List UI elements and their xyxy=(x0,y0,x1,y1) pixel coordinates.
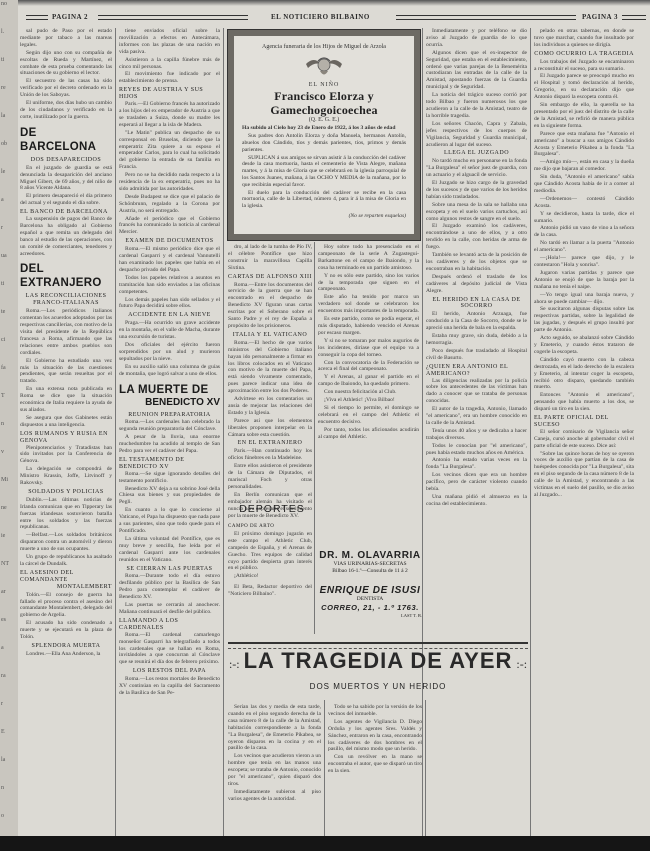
obituary-family: Sus padres don Antolín Elorza y doña Man… xyxy=(242,133,406,153)
article-text: Sobre una mesa de la sala se hallaba una… xyxy=(426,202,527,223)
article-text: Roma.—Los periódicos italianos comentan … xyxy=(20,308,112,356)
article-text: Con un revólver en la mano se encontraba… xyxy=(328,754,422,775)
article-text: El uniforme, dos días hubo un cambio de … xyxy=(20,100,112,121)
article-text: Las puertas se cerrarán al anochecer. Ma… xyxy=(119,602,220,616)
scan-top-shadow xyxy=(18,0,650,6)
article-text: El Juzgado examinó los cadáveres, encont… xyxy=(426,223,527,251)
subheading: LAS RECONCILIACIONES FRANCO-ITALIANAS xyxy=(20,293,112,307)
article-text: Sin duda, "Antonio el americano" sabía q… xyxy=(534,174,634,195)
headline-benedicto: BENEDICTO XV xyxy=(119,397,220,409)
article-text: Plenipotenciarios y Tratadistas han sido… xyxy=(20,445,112,466)
adjacent-page-fragment: es xyxy=(0,616,18,624)
article-text: Sin embargo de ello, la querella se ha p… xyxy=(534,102,634,130)
subheading: EL HERIDO EN LA CASA DE SOCORRO xyxy=(426,297,527,311)
subheading: SOLDADOS Y POLICIAS xyxy=(20,489,112,496)
subheading: EL ASESINO DEL COMANDANTE xyxy=(20,570,112,584)
column-5: Inmediatamente y por teléfono se dio avi… xyxy=(426,28,527,836)
subheading: ITALIA Y EL VATICANO xyxy=(228,332,312,339)
section-heading-deportes: DEPORTES xyxy=(230,503,314,515)
ad-address: CORREO, 21, - 1.º 1763. xyxy=(318,603,422,612)
column-rule xyxy=(223,28,224,836)
article-text: Los vecinos que acudieron vieron a un ho… xyxy=(228,753,321,788)
article-text: Desde Budapest se dice que el palacio de… xyxy=(119,194,220,215)
article-text: Todo se ha sabido por la versión de los … xyxy=(328,704,422,718)
obituary-request: SUPLICAN á sus amigos se sirvan asistir … xyxy=(242,155,406,189)
page-number-left: PAGINA 2 xyxy=(52,13,88,21)
article-text: Roma.—Durante todo el día estuvo desfila… xyxy=(119,573,220,601)
adjacent-page-fragment: ar xyxy=(0,588,18,596)
scan-bottom-edge xyxy=(0,836,650,851)
article-text: Entre ellos asistieron el presidente de … xyxy=(228,463,312,491)
article-text: Según dijo uno con su compañía de escolt… xyxy=(20,50,112,78)
article-text: El señor comisario de Vigilancia señor C… xyxy=(534,429,634,450)
article-text: Después ordenó el traslado de los cadáve… xyxy=(426,274,527,295)
article-text: Este año ha tenido por marco un verdader… xyxy=(318,294,419,315)
article-text: —Ordenemos— contestó Cándido Acosta. xyxy=(534,196,634,210)
article-text: Las diligencias realizadas por la policí… xyxy=(426,378,527,406)
article-text: —¡Hola!— parece que dijo, y le contestar… xyxy=(534,255,634,269)
article-text: —Amigo mío—, están en casa y la dueña me… xyxy=(534,159,634,173)
angel-icon xyxy=(304,54,344,80)
masthead: EL NOTICIERO BILBAINO xyxy=(271,13,370,21)
article-text: Una mañana pidió el almuerzo en la cocin… xyxy=(426,494,527,508)
subheading: EN EL EXTRANJERO xyxy=(228,440,312,447)
article-text: Y no es sólo este partido, sino los vari… xyxy=(318,273,419,294)
subheading: DOS DESAPARECIDOS xyxy=(20,157,112,164)
adjacent-page-fragment: n xyxy=(0,420,18,428)
article-text: Serían las dos y media de esta tarde, cu… xyxy=(228,704,321,752)
adjacent-page-fragment: n xyxy=(0,784,18,792)
article-text: "Sobre las quince horas de hoy se oyeron… xyxy=(534,451,634,499)
article-text: En el juzgado de guardia se está denunci… xyxy=(20,165,112,193)
adjacent-page-fragment: ne xyxy=(0,504,18,512)
article-text: —Yo tengo igual una baraja nueva, y ahor… xyxy=(534,292,634,306)
adjacent-page-fragment: o xyxy=(0,812,18,820)
article-text: Praga.—Ha ocurrido un grave accidente en… xyxy=(119,320,220,341)
article-text: Los agentes de Vigilancia D. Diego Orduñ… xyxy=(328,719,422,754)
article-text: Hoy sobre todo ha presenciado en el camp… xyxy=(318,244,419,272)
adjacent-page-fragment: E xyxy=(0,728,18,736)
section-heading-barcelona: DE BARCELONA xyxy=(20,126,112,154)
article-text: Es este partido, como se podía esperar, … xyxy=(318,316,419,337)
column-rule xyxy=(324,700,325,836)
article-text: El herido, Antonio Arzuaga, fue conducid… xyxy=(426,311,527,332)
article-text: Añade el periódico que el Gobierno franc… xyxy=(119,216,220,237)
subheading: LLEGA EL JUZGADO xyxy=(426,150,527,157)
adjacent-page-fragment: r xyxy=(0,700,18,708)
column-4: Hoy sobre todo ha presenciado en el camp… xyxy=(318,244,419,519)
article-text: El movimiento fue indicado por el establ… xyxy=(119,71,220,85)
adjacent-page-fragment: ra xyxy=(0,672,18,680)
article-text: Cándido cayó muerto con la cabeza destro… xyxy=(534,357,634,392)
article-text: En una extensa nota publicada en Roma se… xyxy=(20,386,112,414)
obituary-note: (No se reparten esquelas) xyxy=(242,213,406,220)
article-text: El próximo domingo jugarán en este campo… xyxy=(228,531,312,572)
page-header: PAGINA 2 EL NOTICIERO BILBAINO PAGINA 3 xyxy=(26,10,646,24)
article-text: Dos oficiales del ejército fueron sorpre… xyxy=(119,342,220,363)
obituary-date: Ha subido al Cielo hoy 23 de Enero de 19… xyxy=(242,125,406,132)
subheading: CAMPO DE ARTO xyxy=(228,524,312,531)
article-text: Se asegura que dos Gabinetes están dispu… xyxy=(20,415,112,429)
article-text: No tardó en llamar a la puerta "Antonio … xyxy=(534,240,634,254)
article-text: Y se decidieron, hasta la tarde, dice el… xyxy=(534,211,634,225)
sports-article: CAMPO DE ARTO El próximo domingo jugarán… xyxy=(228,522,312,634)
article-text: Se suscitaron algunas disputas sobre las… xyxy=(534,306,634,334)
article-text: Asistieron a la capilla fúnebre más de c… xyxy=(119,57,220,71)
article-text: En cuanto a lo que lo concierne al Vatic… xyxy=(119,507,220,535)
adjacent-page-fragment: re xyxy=(0,84,18,92)
article-text: Con la convocatoria de la Federación se … xyxy=(318,360,419,374)
article-text: Benedicto XV deja a su sobrino José dell… xyxy=(119,486,220,507)
article-text: Un grupo de republicanos ha asaltado la … xyxy=(20,554,112,568)
adjacent-page-fragment: la xyxy=(0,112,18,120)
article-text: Los señores Chacón, Capra y Zabala, jefe… xyxy=(426,121,527,149)
article-text: Roma.—Se sigue ignorando detalles del te… xyxy=(119,471,220,485)
subheading: SE CIERRAN LAS PUERTAS xyxy=(119,566,220,573)
subheading: REUNION PREPARATORIA xyxy=(119,412,220,419)
article-text: Poco después fue trasladado al Hospital … xyxy=(426,348,527,362)
adjacent-page-edge: nol.tirelaoblearuatitecifaTnvMineieNTare… xyxy=(0,0,18,836)
article-text: Acto seguido, se abalanzó sobre Cándido … xyxy=(534,335,634,356)
column-rule xyxy=(314,242,315,634)
article-text: Los demás papeles han sido sellados y el… xyxy=(119,297,220,311)
article-text: También se levantó acta de la posición d… xyxy=(426,252,527,273)
column-6: pelado en otras tabernas, en donde se tu… xyxy=(534,28,634,836)
article-text: Roma.—Los restos mortales de Benedicto X… xyxy=(119,676,220,697)
adjacent-page-fragment: la xyxy=(0,756,18,764)
article-text: Todos los papeles relativos a asuntos en… xyxy=(119,275,220,296)
column-rule xyxy=(530,28,531,836)
subheading: COMO OCURRIO LA TRAGEDIA xyxy=(534,51,634,58)
subheading: LOS RESTOS DEL PAPA xyxy=(119,668,220,675)
ad-name: DR. M. OLAVARRIA xyxy=(318,550,422,561)
adjacent-page-fragment: ua xyxy=(0,252,18,260)
article-text: Jugaron varias partidas y parece que Ant… xyxy=(534,270,634,291)
article-text: El Juzgado se hizo cargo de la gravedad … xyxy=(426,180,527,201)
article-text: En su auxilio salió una columna de guías… xyxy=(119,364,220,378)
column-rule xyxy=(115,28,116,836)
funeral-agency: Agencia funeraria de los Hijos de Miguel… xyxy=(242,44,406,51)
article-text: Roma.—El mismo periódico dice que el car… xyxy=(119,246,220,274)
newspaper-page: PAGINA 2 EL NOTICIERO BILBAINO PAGINA 3 … xyxy=(18,0,650,836)
article-text: Y el Arenas, al ganar el partido en el c… xyxy=(318,374,419,388)
adjacent-page-fragment: r xyxy=(0,224,18,232)
article-text: Londres.—Ella Ana Anderson, la xyxy=(20,651,112,658)
obituary-duel: El duelo para la conducción del cadáver … xyxy=(242,190,406,210)
header-rule xyxy=(98,15,248,20)
adjacent-page-fragment: ti xyxy=(0,280,18,288)
article-text: El Gobierno ha estudiado una vez más la … xyxy=(20,358,112,386)
article-text: París.—El Gobierno francés ha autorizado… xyxy=(119,101,220,129)
article-text: El autor de la tragedia, Antonio, llamad… xyxy=(426,406,527,427)
article-text: Por tanto, todos los aficionados acudirá… xyxy=(318,427,419,441)
ad-olavarria: DR. M. OLAVARRIA VIAS URINARIAS-SECRETAS… xyxy=(318,550,422,575)
adjacent-page-fragment: l. xyxy=(0,28,18,36)
subheading: LLAMANDO A LOS CARDENALES xyxy=(119,618,220,632)
article-text: Tolón.—El consejo de guerra ha fallado e… xyxy=(20,592,112,620)
page-number-right: PAGINA 3 xyxy=(582,13,618,21)
article-text: tiene enviados oficial sobre la moviliza… xyxy=(119,28,220,56)
article-text: Entonces "Antonio el americano", pensand… xyxy=(534,392,634,413)
article-text: Los vecinos dicen que era un hombre pací… xyxy=(426,472,527,493)
article-text: El secuestro de las casas ha sido verifi… xyxy=(20,78,112,99)
article-text: Parece así que los elementos liberales p… xyxy=(228,418,312,439)
article-text: Advírtese en los comentarios un ansia de… xyxy=(228,396,312,417)
adjacent-page-fragment: v xyxy=(0,448,18,456)
article-text: La delegación se compondrá de Ministro K… xyxy=(20,466,112,487)
article-text: sal pudo de Paso por el estado mediante … xyxy=(20,28,112,49)
column-rule xyxy=(422,28,423,836)
article-text: Los trabajos del Juzgado se encaminaron … xyxy=(534,59,634,73)
article-text: Algunos dicen que el ex-inspector de Seg… xyxy=(426,50,527,91)
subheading: EL TESTAMENTO DE BENEDICTO XV xyxy=(119,457,220,471)
article-text: Roma.—Los cardenales han celebrado la se… xyxy=(119,419,220,433)
article-text: —Belfast.—Los soldados británicos dispar… xyxy=(20,532,112,553)
header-rule xyxy=(622,15,646,20)
subheading: ¿QUIEN ERA ANTONIO EL AMERICANO? xyxy=(426,364,527,378)
column-1: sal pudo de Paso por el estado mediante … xyxy=(20,28,112,836)
article-text: No tardó mucho en personarse en la fonda… xyxy=(426,158,527,179)
adjacent-page-fragment: a xyxy=(0,644,18,652)
subheading: CARTAS DE ALFONSO XIII xyxy=(228,274,312,281)
article-text: ¡Viva el Athletic! ¡Viva Bilbao! xyxy=(318,397,419,404)
adjacent-page-fragment: Mi xyxy=(0,476,18,484)
adjacent-page-fragment: le xyxy=(0,168,18,176)
adjacent-page-fragment: ci xyxy=(0,336,18,344)
subheading: SPLENDORA MUERTA xyxy=(20,643,112,650)
adjacent-page-fragment: no xyxy=(0,0,18,8)
subheading: EL PARTE OFICIAL DEL SUCESO xyxy=(534,415,634,429)
adjacent-page-fragment: te xyxy=(0,308,18,316)
byline: El Beta, Redactor deportivo del "Noticie… xyxy=(228,584,312,598)
adjacent-page-fragment: NT xyxy=(0,560,18,568)
article-text: La noticia del trágico suceso corrió por… xyxy=(426,92,527,120)
article-text: Tenía unos 40 años y se dedicaba a hacer… xyxy=(426,428,527,442)
adjacent-page-fragment: ie xyxy=(0,532,18,540)
subheading: EXAMEN DE DOCUMENTOS xyxy=(119,238,220,245)
article-text: Inmediatamente subieron al piso varios a… xyxy=(228,789,321,803)
section-heading-extranjero: DEL EXTRANJERO xyxy=(20,262,112,290)
adjacent-page-fragment: ob xyxy=(0,140,18,148)
article-text: El Juzgado parece se preocupó mucho en e… xyxy=(534,73,634,101)
adjacent-page-fragment: fa xyxy=(0,364,18,372)
article-text: Si el tiempo lo permite, el domingo se c… xyxy=(318,405,419,426)
adjacent-page-fragment: T xyxy=(0,392,18,400)
ad-address: Bilbao 16-1.º—Consulta de 11 á 2 xyxy=(318,568,422,575)
article-text: Roma.—El cardenal camarlengo monseñor Ga… xyxy=(119,632,220,667)
ad-name: ENRIQUE DE ISUSI xyxy=(318,585,422,596)
column-2: tiene enviados oficial sobre la moviliza… xyxy=(119,28,220,836)
article-text: El acusado ha sido condenado a muerte y … xyxy=(20,620,112,641)
header-rule xyxy=(396,15,576,20)
article-text: Dublín.—Las últimas noticias de Irlanda … xyxy=(20,497,112,532)
ad-specialty: VIAS URINARIAS-SECRETAS xyxy=(318,561,422,568)
header-rule xyxy=(26,15,48,20)
article-text: La suspensión de pagos del Banco de Barc… xyxy=(20,216,112,257)
article-text: Inmediatamente y por teléfono se dio avi… xyxy=(426,28,527,49)
adjacent-page-fragment: a xyxy=(0,196,18,204)
subheading: MONTALEMBERT xyxy=(20,584,112,591)
article-text: Antonio pidió un vaso de vino a la señor… xyxy=(534,225,634,239)
subheading: ACCIDENTE EN LA NIEVE xyxy=(119,312,220,319)
subheading: LOS RUMANOS Y RUSIA EN GENOVA xyxy=(20,431,112,445)
ad-isusi: ENRIQUE DE ISUSI DENTISTA CORREO, 21, - … xyxy=(318,585,422,619)
article-text: Pero no se ha decidido nada respecto a l… xyxy=(119,172,220,193)
article-text: ¡Athlético! xyxy=(228,573,312,580)
article-text: Todos le conocían por "el americano", pu… xyxy=(426,443,527,457)
obituary-label: EL NIÑO xyxy=(242,82,406,89)
headline-muerte: LA MUERTE DE xyxy=(119,383,220,397)
article-text: Y si no se tomaran por malos augurios de… xyxy=(318,338,419,359)
obituary-qeg: (Q. E. G. E.) xyxy=(242,117,406,124)
obituary-notice: Agencia funeraria de los Hijos de Miguel… xyxy=(228,30,420,240)
tragedy-column-1: Serían las dos y media de esta tarde, cu… xyxy=(228,704,321,836)
article-text: Roma.—El hecho de que varios ministros d… xyxy=(228,340,312,395)
adjacent-page-fragment: ti xyxy=(0,56,18,64)
article-text: París.—Han continuado hoy los oficios fú… xyxy=(228,448,312,462)
article-text: El primero desapareció el día primero de… xyxy=(20,193,112,207)
ornament: :-: xyxy=(229,657,240,671)
article-text: Estaba muy grave, sin duda, debido a la … xyxy=(426,333,527,347)
article-text: dro, al lado de la tumba de Pío IV, el c… xyxy=(228,244,312,272)
tragedy-column-2: Todo se ha sabido por la versión de los … xyxy=(328,704,422,836)
article-text: Roma.—Entre los documentos del servicio … xyxy=(228,282,312,330)
article-text: Parece que esta mañana fue "Antonio el a… xyxy=(534,131,634,159)
article-text: A pesar de la lluvia, una enorme muchedu… xyxy=(119,434,220,455)
article-text: "Le Matin" publica un despacho de su cor… xyxy=(119,130,220,171)
deceased-name: Francisco Elorza y Gamechogoicoechea xyxy=(242,89,406,117)
ad-specialty: DENTISTA xyxy=(318,596,422,603)
ad-ref: LAST T. B. xyxy=(318,612,422,619)
article-text: Con nuestra felicitación al Club. xyxy=(318,389,419,396)
article-text: pelado en otras tabernas, en donde se tu… xyxy=(534,28,634,49)
article-text: La última voluntad del Pontífice, que es… xyxy=(119,536,220,564)
article-text: Antonio ha estado varias veces en la fon… xyxy=(426,457,527,471)
subheading: REYES DE AUSTRIA Y SUS HIJOS xyxy=(119,87,220,101)
subheading: EL BANCO DE BARCELONA xyxy=(20,209,112,216)
